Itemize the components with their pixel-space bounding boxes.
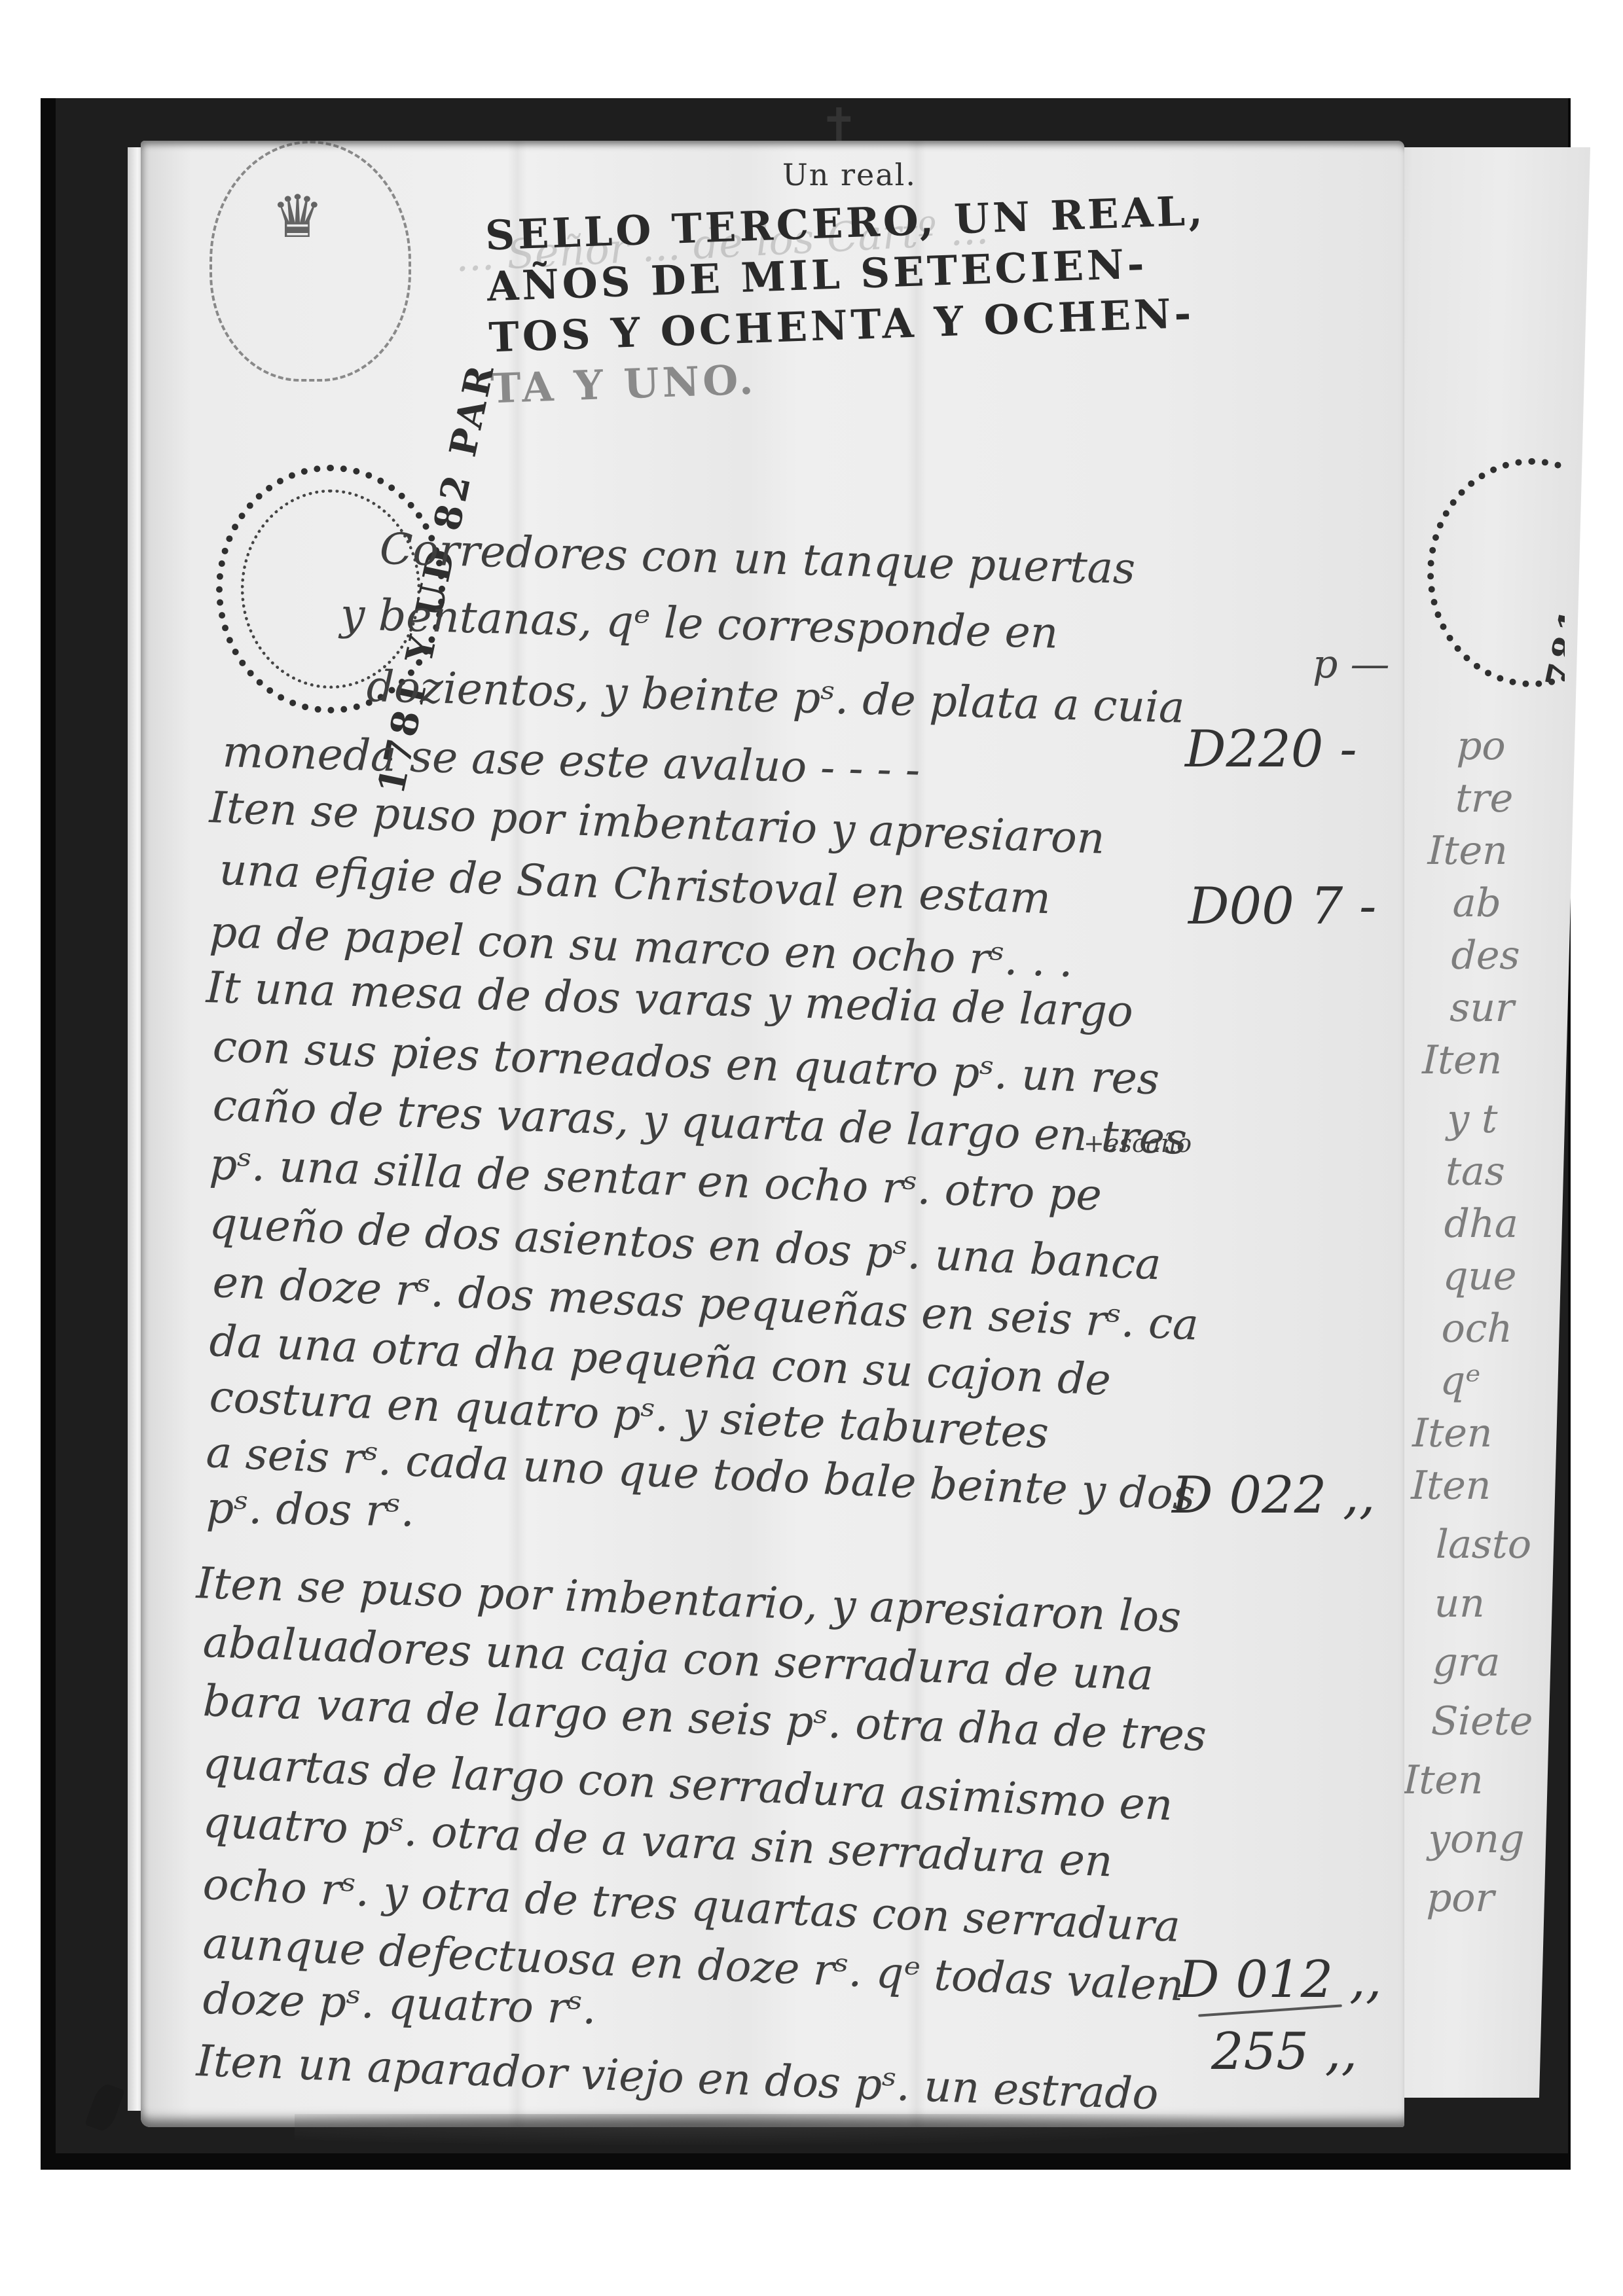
margin-amount: D220 - bbox=[1185, 720, 1357, 779]
back-page-fragment: des bbox=[1451, 933, 1521, 978]
back-page-fragment: och bbox=[1441, 1306, 1513, 1352]
back-page-fragment: Iten bbox=[1412, 1410, 1493, 1456]
back-page-fragment: gra bbox=[1432, 1640, 1501, 1685]
margin-amount: D 022 ,, bbox=[1172, 1466, 1376, 1525]
stamp-crown-seal: ♛ bbox=[210, 141, 411, 382]
back-page-fragment: ab bbox=[1452, 880, 1502, 926]
back-page-fragment: sur bbox=[1450, 985, 1515, 1031]
margin-total: 255 ,, bbox=[1211, 2022, 1357, 2081]
back-page-fragment: tas bbox=[1445, 1149, 1506, 1194]
back-page-fragment: y t bbox=[1446, 1096, 1498, 1142]
back-page-fragment: Iten bbox=[1403, 1757, 1484, 1803]
margin-mark: p — bbox=[1313, 641, 1389, 687]
back-page-fragment: Siete bbox=[1431, 1698, 1533, 1744]
back-page-fragment: Iten bbox=[1422, 1037, 1503, 1083]
body-line: pˢ. dos rˢ. bbox=[206, 1482, 414, 1537]
stamp-seal-back-page: 1781 Y UD 82 bbox=[1427, 458, 1623, 687]
back-page-fragment: Iten bbox=[1411, 1463, 1492, 1509]
stamp-ring bbox=[241, 490, 420, 689]
back-page-fragment: dha bbox=[1444, 1201, 1519, 1247]
back-page-fragment: yong bbox=[1427, 1816, 1525, 1862]
back-page-fragment: po bbox=[1456, 723, 1506, 769]
back-page-fragment: Iten bbox=[1427, 828, 1508, 874]
interlinear-insertion: +escaño bbox=[1084, 1129, 1192, 1158]
back-page-fragment: tre bbox=[1455, 776, 1514, 821]
back-page-fragment: que bbox=[1442, 1253, 1517, 1299]
back-page-fragment: qᵉ bbox=[1440, 1358, 1481, 1404]
crown-icon: ♛ bbox=[271, 183, 324, 251]
back-page-fragment: lasto bbox=[1435, 1522, 1532, 1568]
sello-tercero-heading: SELLO TERCERO, UN REAL, AÑOS DE MIL SETE… bbox=[484, 183, 1296, 415]
paper-edge-stain bbox=[295, 2114, 1277, 2147]
back-page-fragment: por bbox=[1426, 1875, 1495, 1921]
margin-amount: D 012 ,, bbox=[1178, 1950, 1382, 2009]
cross-mark-icon: ✝ bbox=[820, 98, 858, 152]
body-line: doze pˢ. quatro rˢ. bbox=[202, 1973, 597, 2034]
back-page-fragment: un bbox=[1434, 1581, 1486, 1626]
denomination-label: Un real. bbox=[782, 157, 917, 192]
margin-amount: D00 7 - bbox=[1188, 877, 1376, 936]
